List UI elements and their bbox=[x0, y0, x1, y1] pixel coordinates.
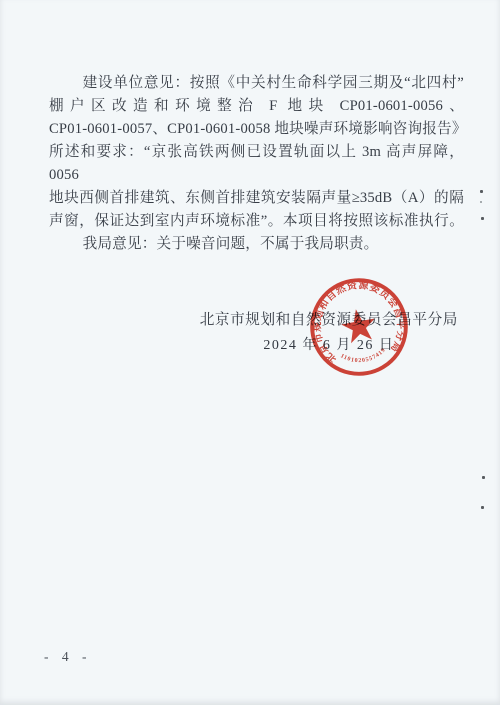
paragraph-line: 我局意见：关于噪音问题，不属于我局职责。 bbox=[49, 233, 464, 256]
scan-speck bbox=[480, 201, 482, 203]
scan-speck bbox=[481, 506, 484, 509]
paragraph-line: 棚户区改造和环境整治 F 地块 CP01-0601-0056、 bbox=[49, 95, 464, 118]
paragraph-line: 建设单位意见：按照《中关村生命科学园三期及“北四村” bbox=[49, 72, 464, 95]
document-body-text: 建设单位意见：按照《中关村生命科学园三期及“北四村” 棚户区改造和环境整治 F … bbox=[49, 72, 464, 256]
paragraph-line: CP01-0601-0057、CP01-0601-0058 地块噪声环境影响咨询… bbox=[49, 118, 464, 141]
scan-speck bbox=[481, 217, 484, 220]
paragraph-line: 所述和要求：“京张高铁两侧已设置轨面以上 3m 高声屏障，0056 bbox=[49, 141, 464, 187]
document-page: 建设单位意见：按照《中关村生命科学园三期及“北四村” 棚户区改造和环境整治 F … bbox=[0, 0, 500, 705]
scan-speck bbox=[480, 190, 483, 193]
issuing-organization: 北京市规划和自然资源委员会昌平分局 bbox=[200, 308, 458, 333]
page-number: - 4 - bbox=[44, 649, 92, 665]
scan-speck bbox=[482, 476, 485, 479]
issue-date: 2024 年 6 月 26 日 bbox=[200, 333, 458, 358]
signature-block: 北京市规划和自然资源委员会昌平分局 2024 年 6 月 26 日 bbox=[200, 308, 458, 358]
paragraph-line: 地块西侧首排建筑、东侧首排建筑安装隔声量≥35dB（A）的隔 bbox=[49, 187, 464, 210]
paragraph-line: 声窗，保证达到室内声环境标准”。本项目将按照该标准执行。 bbox=[49, 210, 464, 233]
